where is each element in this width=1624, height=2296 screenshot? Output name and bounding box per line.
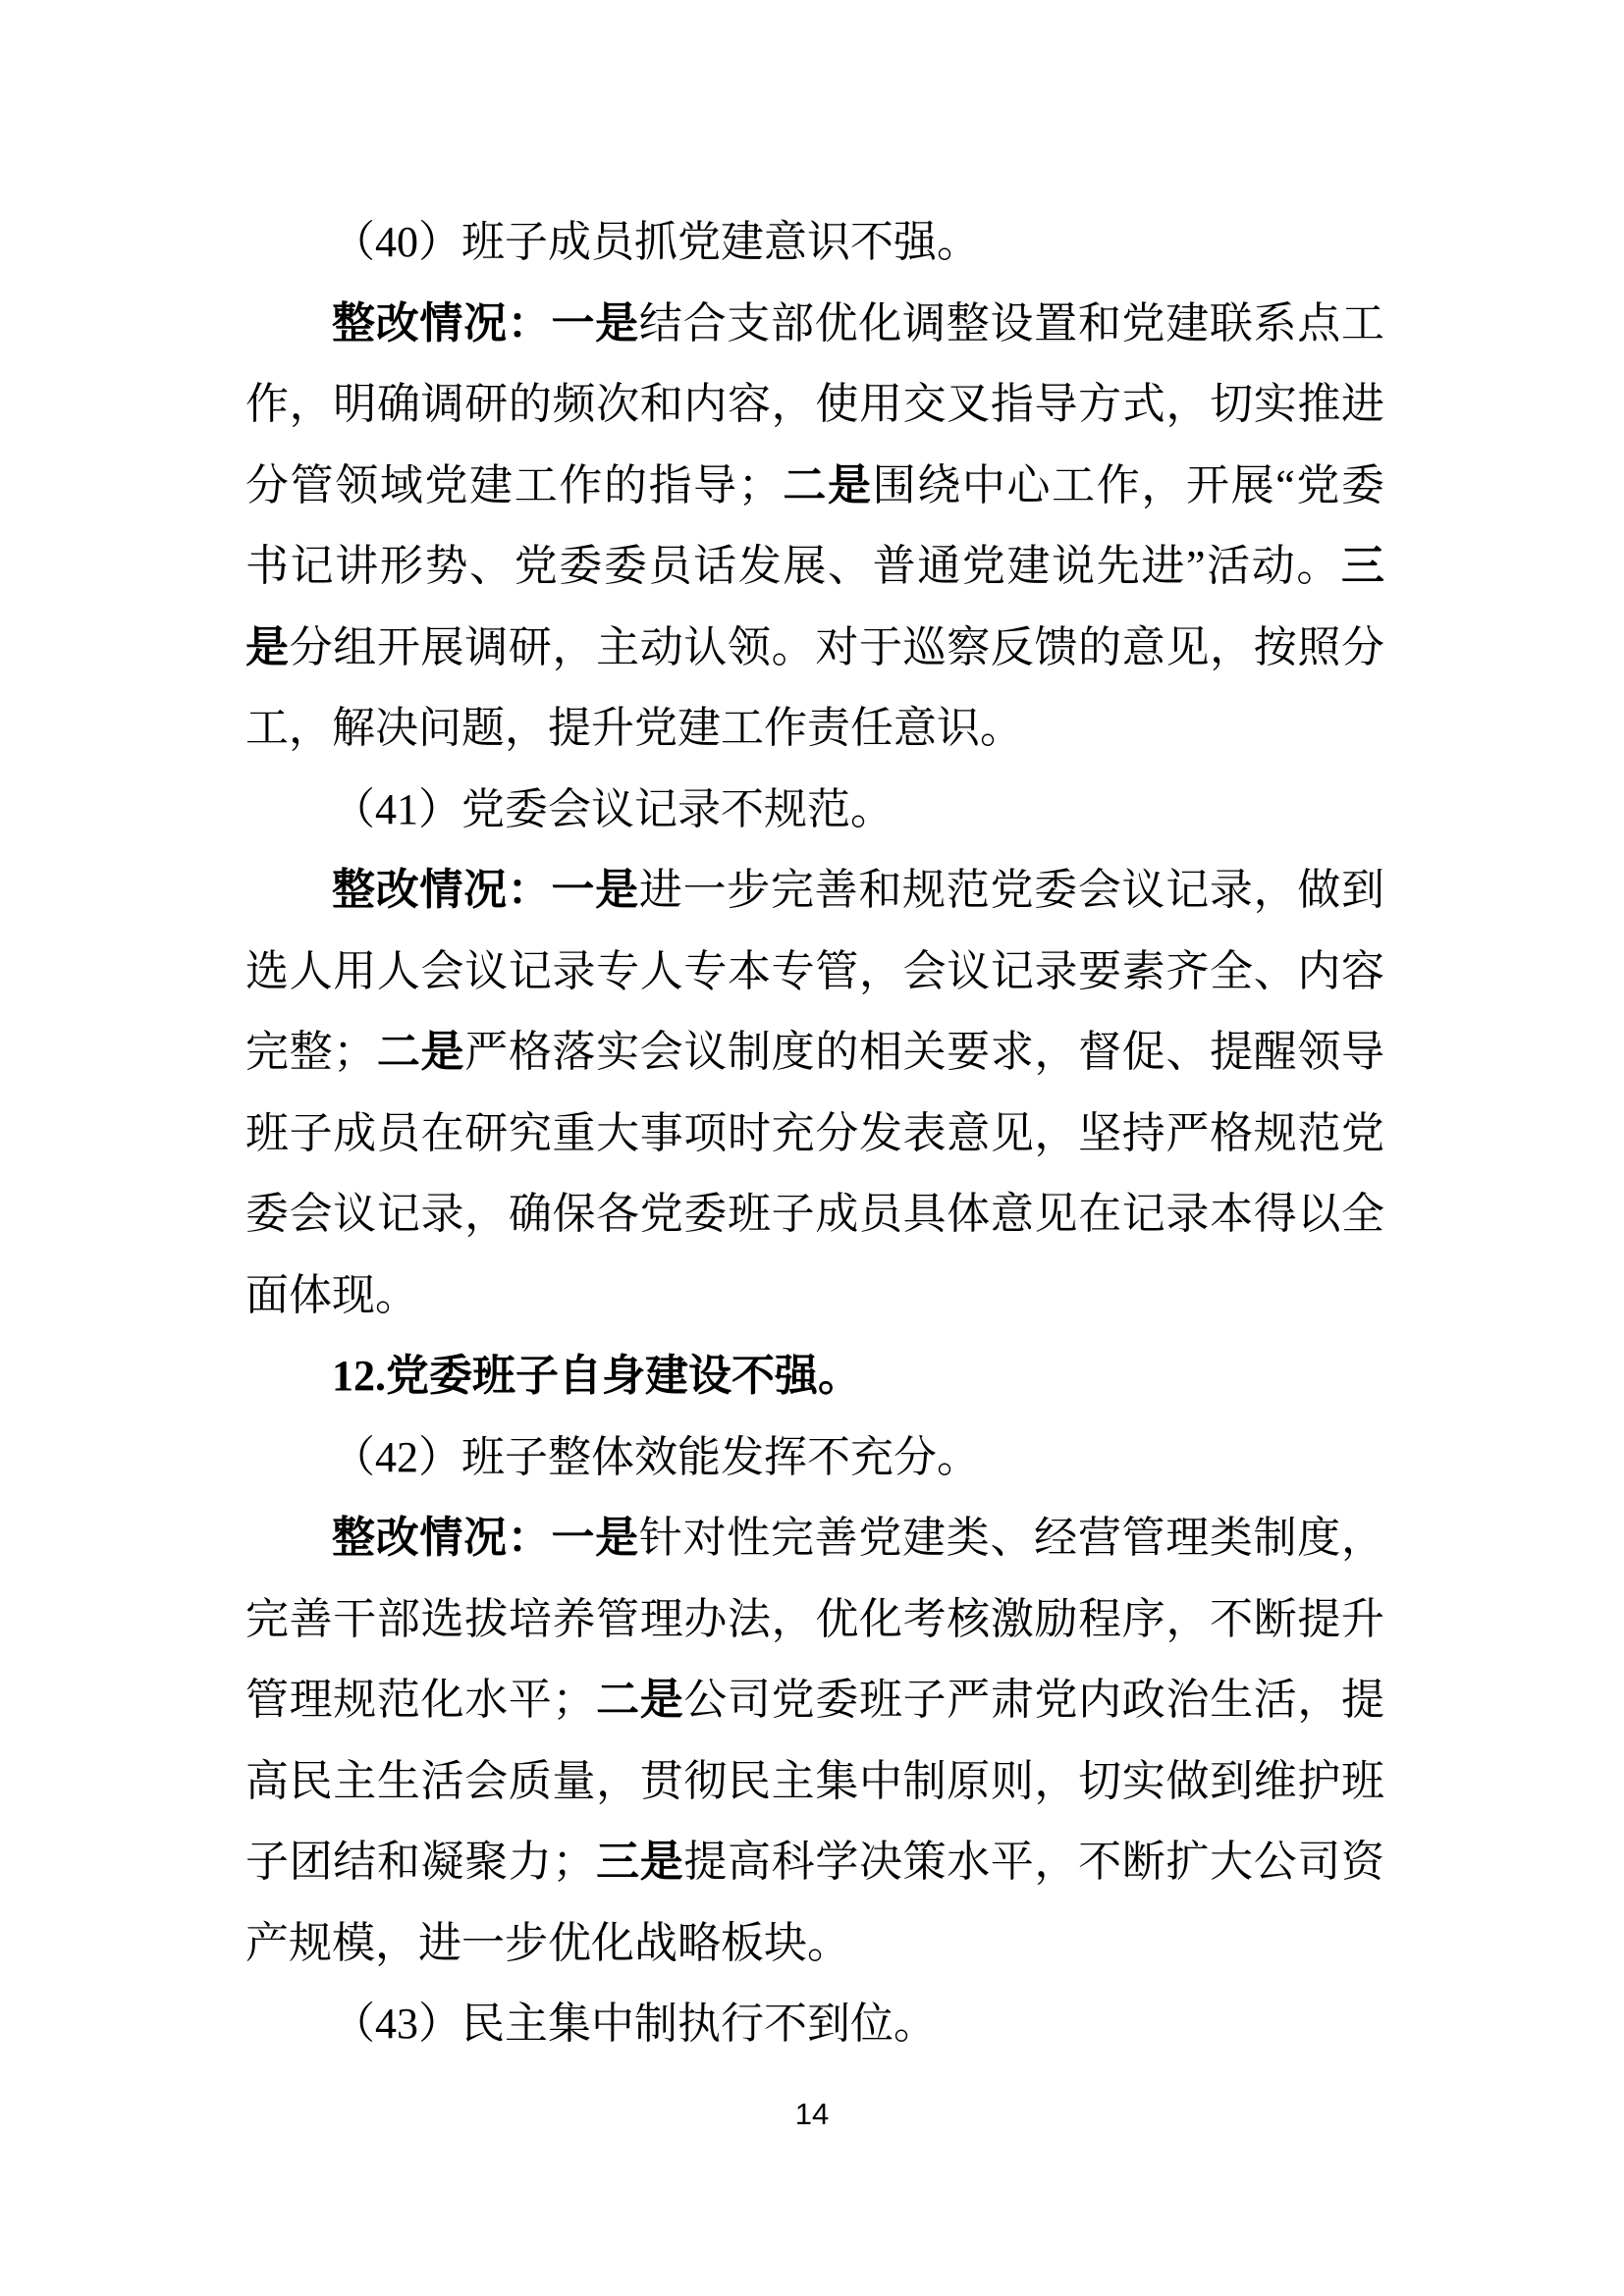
paragraph: 整改情况：一是进一步完善和规范党委会议记录，做到选人用人会议记录专人专本专管，会… bbox=[245, 850, 1384, 1336]
bold-text-run: 二是 bbox=[595, 1676, 683, 1724]
paragraph: 整改情况：一是结合支部优化调整设置和党建联系点工作，明确调研的频次和内容，使用交… bbox=[245, 284, 1384, 770]
bold-text-run: 二是 bbox=[376, 1028, 464, 1076]
document-body: （40）班子成员抓党建意识不强。整改情况：一是结合支部优化调整设置和党建联系点工… bbox=[245, 202, 1384, 2065]
paragraph: （41）党委会议记录不规范。 bbox=[245, 770, 1384, 851]
bold-text-run: 整改情况：一是 bbox=[332, 1514, 639, 1562]
bold-text-run: 二是 bbox=[782, 461, 873, 509]
bold-text-run: 三是 bbox=[595, 1838, 683, 1886]
section-heading: 12.党委班子自身建设不强。 bbox=[245, 1336, 1384, 1417]
paragraph: 整改情况：一是针对性完善党建类、经营管理类制度，完善干部选拔培养管理办法，优化考… bbox=[245, 1498, 1384, 1984]
bold-text-run: 12.党委班子自身建设不强。 bbox=[332, 1352, 861, 1400]
text-run: （42）班子整体效能发挥不充分。 bbox=[332, 1433, 980, 1481]
document-page: （40）班子成员抓党建意识不强。整改情况：一是结合支部优化调整设置和党建联系点工… bbox=[0, 0, 1624, 2296]
text-run: （41）党委会议记录不规范。 bbox=[332, 785, 893, 833]
paragraph: （40）班子成员抓党建意识不强。 bbox=[245, 202, 1384, 284]
bold-text-run: 整改情况：一是 bbox=[332, 299, 639, 347]
text-run: （40）班子成员抓党建意识不强。 bbox=[332, 218, 980, 266]
paragraph: （42）班子整体效能发挥不充分。 bbox=[245, 1417, 1384, 1499]
text-run: （43）民主集中制执行不到位。 bbox=[332, 2000, 937, 2048]
page-number: 14 bbox=[0, 2097, 1624, 2132]
paragraph: （43）民主集中制执行不到位。 bbox=[245, 1984, 1384, 2065]
text-run: 分组开展调研，主动认领。对于巡察反馈的意见，按照分工，解决问题，提升党建工作责任… bbox=[245, 623, 1384, 753]
bold-text-run: 整改情况：一是 bbox=[332, 866, 639, 914]
